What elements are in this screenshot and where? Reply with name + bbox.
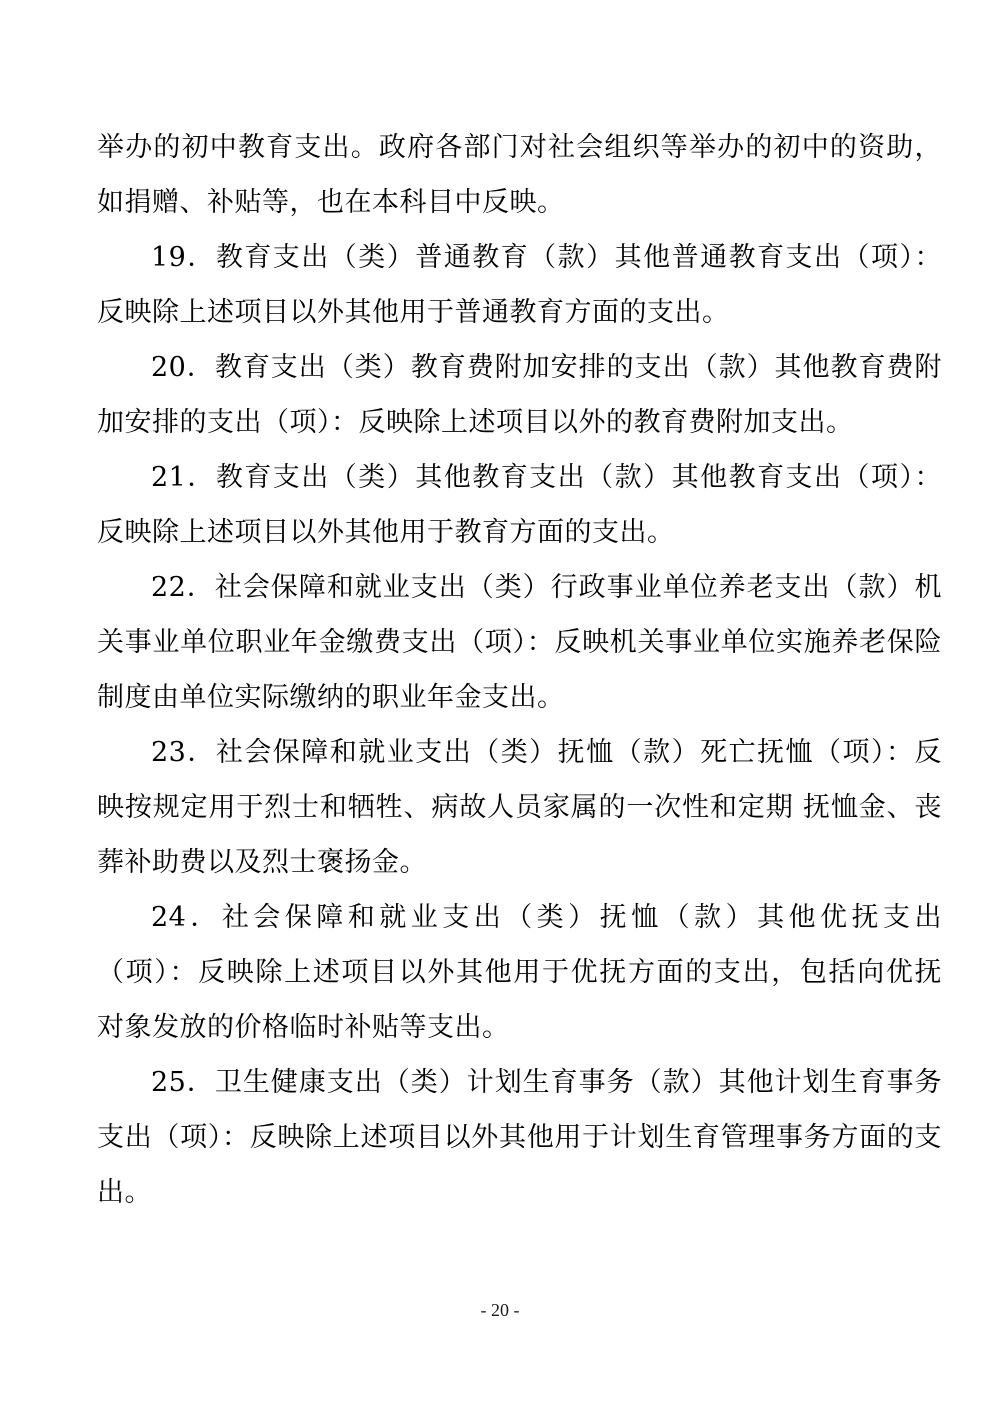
paragraph-item-21: 21．教育支出（类）其他教育支出（款）其他教育支出（项）：反映除上述项目以外其他… xyxy=(97,450,942,560)
paragraph-item-20: 20．教育支出（类）教育费附加安排的支出（款）其他教育费附加安排的支出（项）：反… xyxy=(97,340,942,450)
paragraph-item-24: 24．社会保障和就业支出（类）抚恤（款）其他优抚支出（项）：反映除上述项目以外其… xyxy=(97,890,942,1055)
paragraph-continuation: 举办的初中教育支出。政府各部门对社会组织等举办的初中的资助，如捐赠、补贴等，也在… xyxy=(97,120,942,230)
page-number: - 20 - xyxy=(481,1300,520,1320)
paragraph-item-22: 22．社会保障和就业支出（类）行政事业单位养老支出（款）机关事业单位职业年金缴费… xyxy=(97,560,942,725)
paragraph-item-19: 19．教育支出（类）普通教育（款）其他普通教育支出（项）：反映除上述项目以外其他… xyxy=(97,230,942,340)
paragraph-item-25: 25．卫生健康支出（类）计划生育事务（款）其他计划生育事务支出（项）：反映除上述… xyxy=(97,1055,942,1220)
paragraph-item-23: 23．社会保障和就业支出（类）抚恤（款）死亡抚恤（项）：反映按规定用于烈士和牺牲… xyxy=(97,725,942,890)
document-body: 举办的初中教育支出。政府各部门对社会组织等举办的初中的资助，如捐赠、补贴等，也在… xyxy=(97,120,942,1220)
page-footer: - 20 - xyxy=(0,1298,1000,1322)
document-page: 举办的初中教育支出。政府各部门对社会组织等举办的初中的资助，如捐赠、补贴等，也在… xyxy=(0,0,1000,1414)
